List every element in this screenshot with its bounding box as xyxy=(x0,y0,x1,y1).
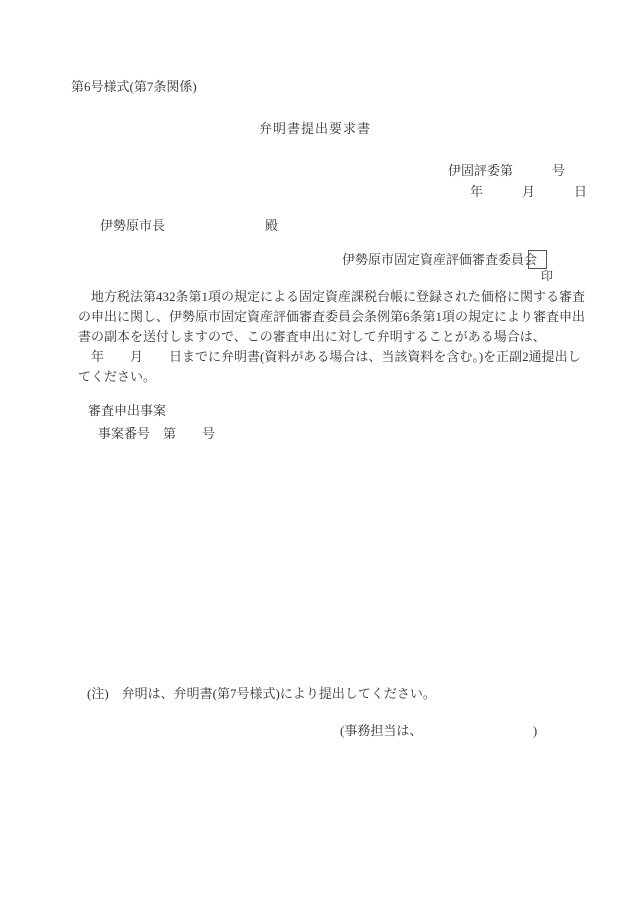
addressee-honorific: 殿 xyxy=(265,218,278,234)
body-line: の申出に関し、伊勢原市固定資産評価審査委員会条例第6条第1項の規定により審査申出 xyxy=(78,307,578,327)
case-section-heading: 審査申出事案 xyxy=(88,403,166,419)
form-number: 第6号様式(第7条関係) xyxy=(71,79,197,95)
body-line: てください。 xyxy=(78,367,578,387)
note-line: (注) 弁明は、弁明書(第7号様式)により提出してください。 xyxy=(87,686,436,702)
seal-box: 印 xyxy=(528,250,547,269)
committee-name: 伊勢原市固定資産評価審査委員会 xyxy=(342,252,537,268)
body-paragraph: 地方税法第432条第1項の規定による固定資産課税台帳に登録された価格に関する審査… xyxy=(78,287,578,387)
document-title: 弁明書提出要求書 xyxy=(0,121,630,137)
reference-number-line: 伊固評委第 号 xyxy=(448,163,565,179)
body-line: 書の副本を送付しますので、この審査申出に対して弁明することがある場合は、 xyxy=(78,327,578,347)
case-number-line: 事案番号 第 号 xyxy=(98,426,215,442)
clerk-contact-line: (事務担当は、 ) xyxy=(340,723,537,739)
seal-label: 印 xyxy=(541,269,553,283)
document-page: 第6号様式(第7条関係) 弁明書提出要求書 伊固評委第 号 年 月 日 伊勢原市… xyxy=(0,0,630,915)
addressee: 伊勢原市長 xyxy=(100,218,165,234)
body-line: 地方税法第432条第1項の規定による固定資産課税台帳に登録された価格に関する審査 xyxy=(78,287,578,307)
date-line: 年 月 日 xyxy=(470,184,587,200)
body-line: 年 月 日までに弁明書(資料がある場合は、当該資料を含む。)を正副2通提出し xyxy=(78,347,578,367)
